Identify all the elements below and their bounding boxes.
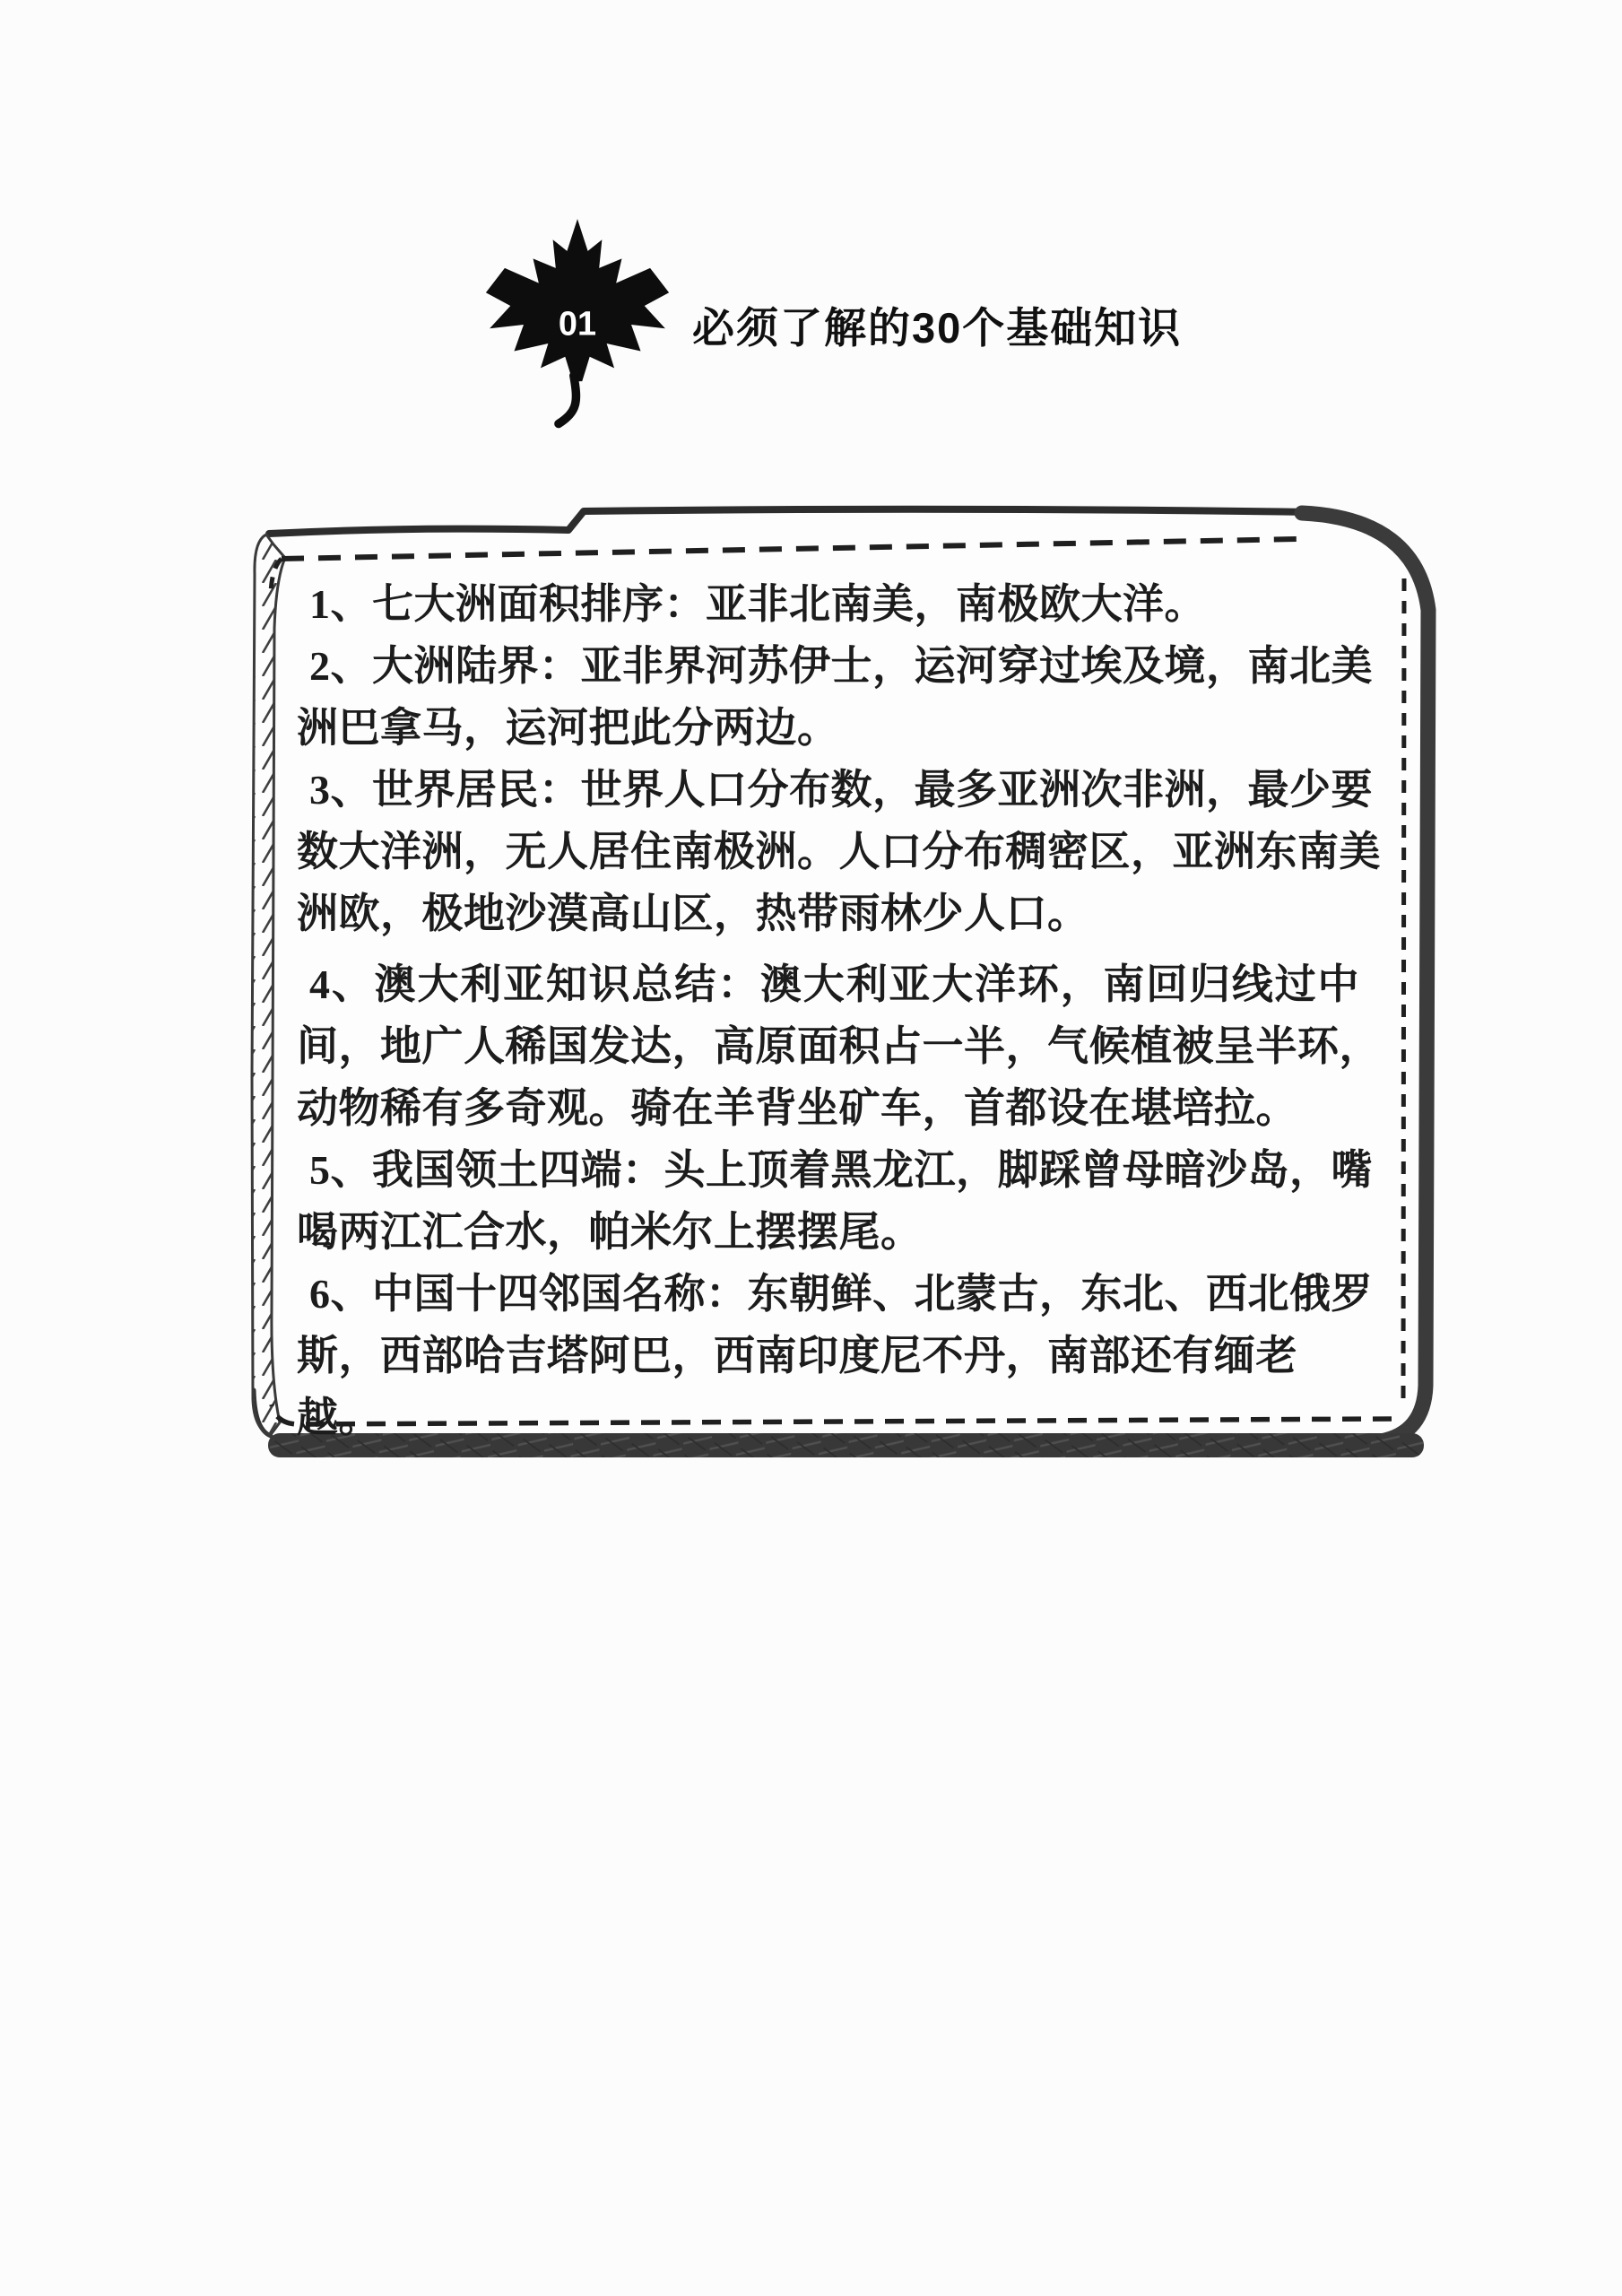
chapter-number: 01 — [559, 306, 596, 344]
knowledge-line: 洲巴拿马，运河把此分两边。 — [297, 697, 1359, 759]
maple-leaf-icon: 01 — [482, 217, 672, 432]
knowledge-item-6: 6、中国十四邻国名称：东朝鲜、北蒙古，东北、西北俄罗 斯，西部哈吉塔阿巴，西南印… — [297, 1263, 1359, 1387]
knowledge-line: 5、我国领土四端：头上顶着黑龙江，脚踩曾母暗沙岛，嘴 — [297, 1139, 1359, 1201]
leaf-stem — [559, 376, 577, 424]
knowledge-item-1: 1、七大洲面积排序：亚非北南美，南极欧大洋。 — [297, 573, 1359, 635]
knowledge-line: 洲欧，极地沙漠高山区，热带雨林少人口。 — [297, 883, 1359, 944]
knowledge-line: 3、世界居民：世界人口分布数，最多亚洲次非洲，最少要 — [297, 759, 1359, 821]
knowledge-line: 喝两江汇合水，帕米尔上摆摆尾。 — [297, 1201, 1359, 1263]
knowledge-line: 2、大洲陆界：亚非界河苏伊士，运河穿过埃及境，南北美 — [297, 635, 1359, 697]
knowledge-line: 动物稀有多奇观。骑在羊背坐矿车，首都设在堪培拉。 — [297, 1077, 1359, 1139]
knowledge-line: 6、中国十四邻国名称：东朝鲜、北蒙古，东北、西北俄罗 — [297, 1263, 1359, 1325]
knowledge-line: 数大洋洲，无人居住南极洲。人口分布稠密区，亚洲东南美 — [297, 821, 1359, 883]
knowledge-item-2: 2、大洲陆界：亚非界河苏伊士，运河穿过埃及境，南北美 洲巴拿马，运河把此分两边。 — [297, 635, 1359, 759]
box-bottom-bar-texture — [268, 1433, 1424, 1457]
maple-leaf-shape — [486, 219, 669, 381]
knowledge-item-5: 5、我国领土四端：头上顶着黑龙江，脚踩曾母暗沙岛，嘴 喝两江汇合水，帕米尔上摆摆… — [297, 1139, 1359, 1263]
knowledge-item-3: 3、世界居民：世界人口分布数，最多亚洲次非洲，最少要 数大洋洲，无人居住南极洲。… — [297, 759, 1359, 944]
knowledge-item-4: 4、澳大利亚知识总结：澳大利亚大洋环，南回归线过中 间，地广人稀国发达，高原面积… — [297, 953, 1359, 1139]
knowledge-line: 间，地广人稀国发达，高原面积占一半，气候植被呈半环， — [297, 1015, 1359, 1077]
knowledge-list: 1、七大洲面积排序：亚非北南美，南极欧大洋。 2、大洲陆界：亚非界河苏伊士，运河… — [297, 573, 1359, 1387]
knowledge-line: 4、澳大利亚知识总结：澳大利亚大洋环，南回归线过中 — [297, 953, 1359, 1015]
document-page: 01 必须了解的30个基础知识 — [0, 0, 1622, 2296]
knowledge-line: 1、七大洲面积排序：亚非北南美，南极欧大洋。 — [297, 573, 1359, 635]
page-title: 必须了解的30个基础知识 — [692, 303, 1182, 353]
dashed-border-right — [1403, 578, 1404, 1406]
knowledge-line: 斯，西部哈吉塔阿巴，西南印度尼不丹，南部还有缅老越。 — [297, 1325, 1359, 1387]
